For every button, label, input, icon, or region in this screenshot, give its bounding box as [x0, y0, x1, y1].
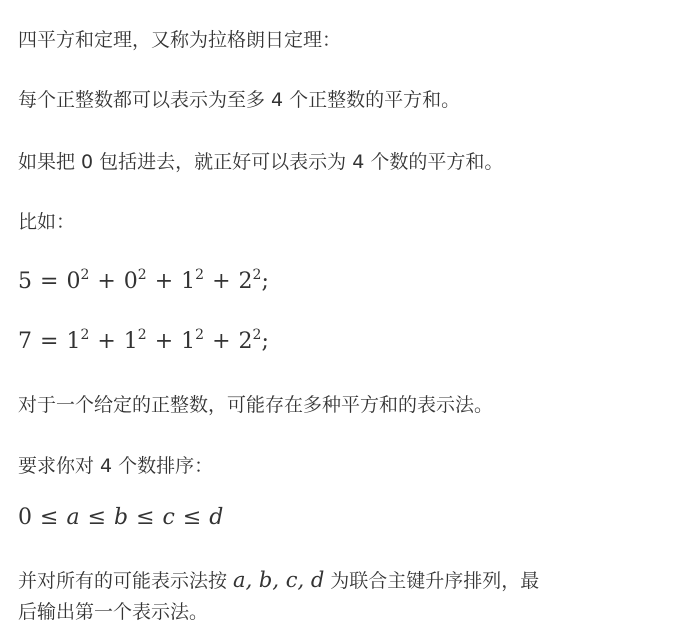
paragraph-sort-requirement: 要求你对 4 个数排序：: [18, 450, 213, 482]
paragraph-theorem-statement: 每个正整数都可以表示为至多 4 个正整数的平方和。: [18, 84, 460, 116]
inline-math-keys: a, b, c, d: [233, 568, 324, 592]
paragraph-output-first: 后输出第一个表示法。: [18, 596, 208, 628]
equation-five: 5=02+02+12+22;: [18, 266, 269, 298]
paragraph-including-zero: 如果把 0 包括进去，就正好可以表示为 4 个数的平方和。: [18, 146, 503, 178]
equation-seven: 7=12+12+12+22;: [18, 326, 269, 358]
paragraph-multiple-representations: 对于一个给定的正整数，可能存在多种平方和的表示法。: [18, 389, 493, 421]
paragraph-theorem-intro: 四平方和定理，又称为拉格朗日定理：: [18, 24, 341, 56]
inequality-ordering: 0≤a≤b≤c≤d: [18, 502, 223, 534]
paragraph-example-label: 比如：: [18, 206, 75, 238]
paragraph-sort-order: 并对所有的可能表示法按 a, b, c, d 为联合主键升序排列，最: [18, 564, 539, 597]
